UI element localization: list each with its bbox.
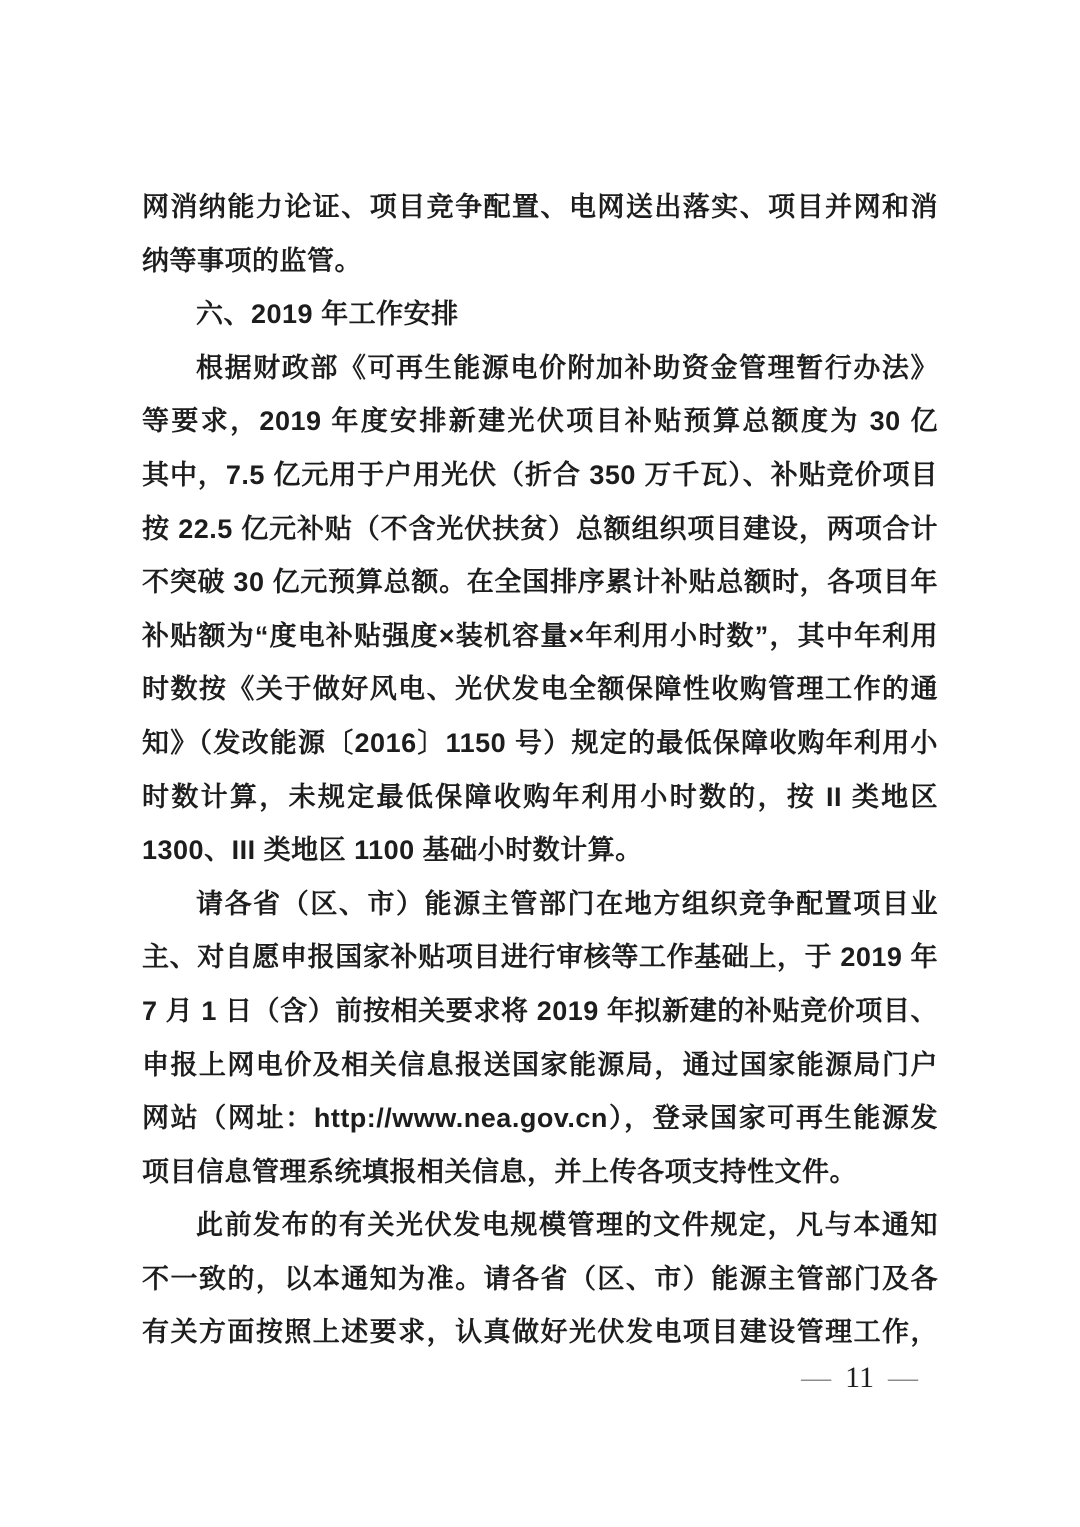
text-line: 7 月 1 日（含）前按相关要求将 2019 年拟新建的补贴竞价项目、 <box>142 985 938 1039</box>
document-page: 网消纳能力论证、项目竞争配置、电网送出落实、项目并网和消纳等事项的监管。六、20… <box>0 0 1080 1527</box>
page-number: 11 <box>845 1361 874 1395</box>
text-line: 项目信息管理系统填报相关信息，并上传各项支持性文件。 <box>142 1146 938 1200</box>
text-line: 时数按《关于做好风电、光伏发电全额保障性收购管理工作的通 <box>142 663 938 717</box>
text-line: 申报上网电价及相关信息报送国家能源局，通过国家能源局门户 <box>142 1039 938 1093</box>
page-footer: — 11 — <box>801 1358 918 1398</box>
text-line: 主、对自愿申报国家补贴项目进行审核等工作基础上，于 2019 年 <box>142 931 938 985</box>
footer-dash-right: — <box>888 1361 918 1395</box>
text-line: 网消纳能力论证、项目竞争配置、电网送出落实、项目并网和消 <box>142 181 938 235</box>
text-line: 补贴额为“度电补贴强度×装机容量×年利用小时数”，其中年利用小 <box>142 610 938 664</box>
text-line: 知》（发改能源〔2016〕1150 号）规定的最低保障收购年利用小 <box>142 717 938 771</box>
document-body: 网消纳能力论证、项目竞争配置、电网送出落实、项目并网和消纳等事项的监管。六、20… <box>142 181 938 1360</box>
text-line: 请各省（区、市）能源主管部门在地方组织竞争配置项目业 <box>142 878 938 932</box>
text-line: 纳等事项的监管。 <box>142 235 938 289</box>
section-heading: 六、2019 年工作安排 <box>142 288 938 342</box>
text-line: 时数计算，未规定最低保障收购年利用小时数的，按 II 类地区 <box>142 771 938 825</box>
text-line: 根据财政部《可再生能源电价附加补助资金管理暂行办法》 <box>142 342 938 396</box>
text-line: 有关方面按照上述要求，认真做好光伏发电项目建设管理工作， <box>142 1306 938 1360</box>
text-line: 网站（网址：http://www.nea.gov.cn），登录国家可再生能源发电 <box>142 1092 938 1146</box>
text-line: 等要求，2019 年度安排新建光伏项目补贴预算总额度为 30 亿元， <box>142 395 938 449</box>
text-line: 1300、III 类地区 1100 基础小时数计算。 <box>142 824 938 878</box>
text-line: 其中，7.5 亿元用于户用光伏（折合 350 万千瓦）、补贴竞价项目 <box>142 449 938 503</box>
text-line: 不一致的，以本通知为准。请各省（区、市）能源主管部门及各 <box>142 1253 938 1307</box>
text-line: 按 22.5 亿元补贴（不含光伏扶贫）总额组织项目建设，两项合计 <box>142 503 938 557</box>
text-line: 此前发布的有关光伏发电规模管理的文件规定，凡与本通知 <box>142 1199 938 1253</box>
text-line: 不突破 30 亿元预算总额。在全国排序累计补贴总额时，各项目年 <box>142 556 938 610</box>
footer-dash-left: — <box>801 1361 831 1395</box>
